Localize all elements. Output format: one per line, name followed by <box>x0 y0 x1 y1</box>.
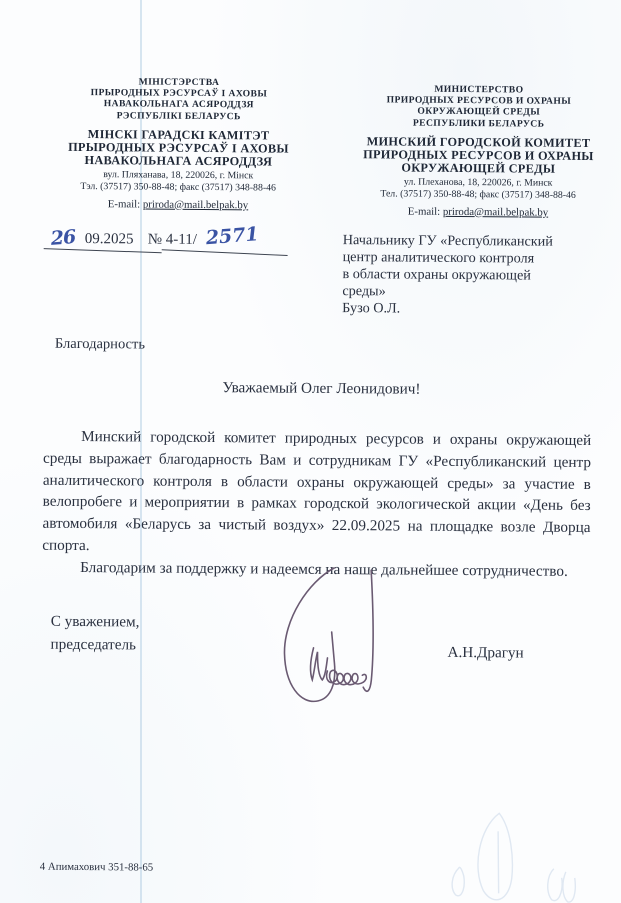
email-line-ru: E-mail: priroda@mail.belpak.by <box>345 205 611 219</box>
addressee-line: Начальнику ГУ «Республиканский <box>343 232 615 251</box>
handwritten-number: 2571 <box>205 223 259 249</box>
email-label: E-mail: <box>408 205 440 217</box>
closing-block: С уважением, председатель <box>50 611 139 657</box>
committee-name-ru: МИНСКИЙ ГОРОДСКОЙ КОМИТЕТ ПРИРОДНЫХ РЕСУ… <box>345 135 611 177</box>
signature-e-chain <box>327 670 367 685</box>
email-line-by: E-mail: priroda@mail.belpak.by <box>39 197 317 211</box>
subject-line: Благодарность <box>55 336 145 354</box>
addressee-line: Бузо О.Л. <box>342 300 614 319</box>
salutation: Уважаемый Олег Леонидович! <box>223 379 421 399</box>
email-label: E-mail: <box>108 198 140 210</box>
ministry-name-ru: МИНИСТЕРСТВО ПРИРОДНЫХ РЕСУРСОВ И ОХРАНЫ… <box>346 83 612 130</box>
scanned-letter-page: МІНІСТЭРСТВА ПРЫРОДНЫХ РЭСУРСАЎ І АХОВЫ … <box>0 0 621 903</box>
bleedthrough-marks <box>414 773 615 903</box>
number-underline <box>162 249 288 256</box>
phone-fax: Тэл. (37517) 350-88-48; факс (37517) 348… <box>39 181 317 195</box>
handwritten-day: 26 <box>50 226 76 250</box>
ministry-line: РЕСПУБЛИКИ БЕЛАРУСЬ <box>346 117 612 130</box>
executor-footer: 4 Апимахович 351-88-65 <box>40 861 153 874</box>
body-paragraph: Минский городской комитет природных ресу… <box>42 426 591 561</box>
date-underline <box>44 248 162 253</box>
email-address: priroda@mail.belpak.by <box>443 205 548 218</box>
addressee-line: среды» <box>342 283 614 302</box>
committee-name-by: МІНСКІ ГАРАДСКІ КАМІТЭТ ПРЫРОДНЫХ РЭСУРС… <box>39 127 317 169</box>
committee-line: ОКРУЖАЮЩЕЙ СРЕДЫ <box>345 161 611 176</box>
signer-name: А.Н.Драгун <box>447 644 523 663</box>
letterhead-right: МИНИСТЕРСТВО ПРИРОДНЫХ РЕСУРСОВ И ОХРАНЫ… <box>345 83 612 219</box>
email-address: priroda@mail.belpak.by <box>143 198 248 211</box>
typed-number-prefix: № 4-11/ <box>148 232 197 249</box>
committee-line: НАВАКОЛЬНАГА АСЯРОДДЗЯ <box>39 154 317 169</box>
letterhead-left: МІНІСТЭРСТВА ПРЫРОДНЫХ РЭСУРСАЎ І АХОВЫ … <box>39 76 318 212</box>
closing-phrase: С уважением, <box>51 611 140 634</box>
ministry-name-by: МІНІСТЭРСТВА ПРЫРОДНЫХ РЭСУРСАЎ І АХОВЫ … <box>40 76 318 123</box>
handwritten-signature <box>267 553 408 719</box>
phone-fax: Тел. (37517) 350-88-48; факс (37517) 348… <box>345 188 611 202</box>
address-block-ru: ул. Плеханова, 18, 220026, г. Минск Тел.… <box>345 177 611 202</box>
address-block-by: вул. Пляханава, 18, 220026, г. Мінск Тэл… <box>39 169 317 194</box>
ministry-line: РЭСПУБЛІКІ БЕЛАРУСЬ <box>40 109 318 122</box>
letter-content: МІНІСТЭРСТВА ПРЫРОДНЫХ РЭСУРСАЎ І АХОВЫ … <box>0 0 621 903</box>
signature-tall-stroke <box>363 570 373 691</box>
addressee-line: центр аналитического контроля <box>343 249 615 268</box>
addressee-line: в области охраны окружающей <box>342 266 614 285</box>
signer-title: председатель <box>50 633 139 656</box>
typed-date: 09.2025 <box>85 231 134 248</box>
signature-w-loops <box>310 648 327 680</box>
addressee-block: Начальнику ГУ «Республиканский центр ана… <box>342 232 615 319</box>
